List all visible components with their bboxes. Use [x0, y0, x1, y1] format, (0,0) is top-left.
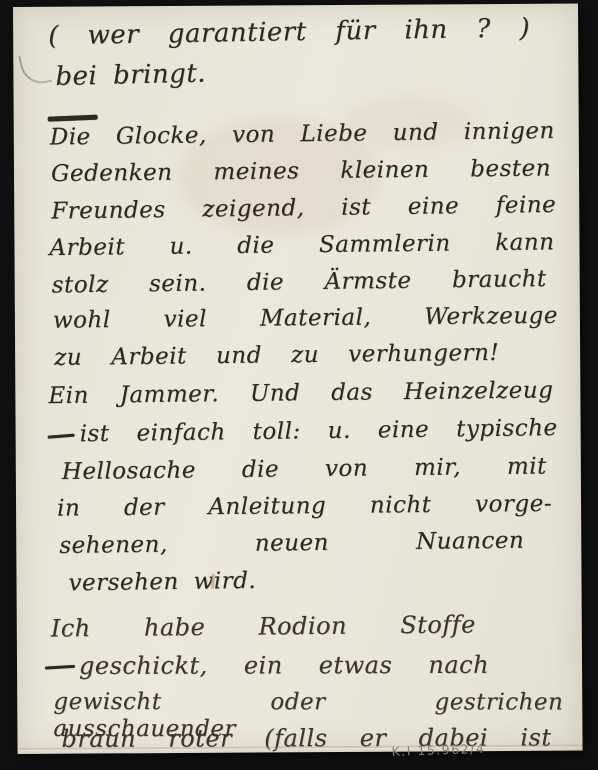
archive-number-pencil: K.I 15.962/4	[391, 741, 485, 759]
handwriting-line-1: ( wer garantiert für ihn ? )	[48, 13, 530, 52]
handwriting-line-2: bei bringt.	[55, 59, 206, 93]
handwriting-line-13: in der Anleitung nicht vorge-	[57, 491, 552, 523]
handwriting-line-17: geschickt, ein etwas nach	[79, 651, 489, 680]
handwriting-line-12: Hellosache die von mir, mit	[62, 453, 547, 486]
handwriting-line-18: gewischt oder gestrichen ausschauender	[53, 689, 563, 744]
handwriting-line-6: Arbeit u. die Sammlerin kann	[49, 229, 554, 262]
handwriting-line-15: versehen wird.	[68, 568, 256, 598]
handwriting-line-14: sehenen, neuen Nuancen	[59, 528, 524, 560]
ink-showthrough-stain	[344, 96, 474, 149]
paragraph-dash-mark	[45, 665, 75, 670]
paragraph-dash-mark	[48, 434, 75, 439]
pen-lead-in-stroke	[18, 50, 52, 87]
handwriting-line-9: zu Arbeit und zu verhungern!	[54, 340, 499, 372]
handwriting-line-8: wohl viel Material, Werkzeuge	[53, 303, 558, 335]
handwriting-line-16: Ich habe Rodion Stoffe	[51, 610, 476, 642]
insertion-tick-mark	[211, 574, 214, 589]
scan-background: ( wer garantiert für ihn ? ) bei bringt.…	[0, 0, 598, 770]
handwriting-line-7: stolz sein. die Ärmste braucht	[52, 266, 547, 300]
letter-page: ( wer garantiert für ihn ? ) bei bringt.…	[13, 4, 583, 754]
ink-showthrough-stain	[179, 117, 380, 236]
handwriting-line-10: Ein Jammer. Und das Heinzelzeug	[48, 377, 553, 410]
handwriting-line-11: ist einfach toll: u. eine typische	[79, 415, 557, 448]
paper-fold-crease	[18, 745, 583, 750]
paragraph-dash-mark	[48, 115, 98, 122]
